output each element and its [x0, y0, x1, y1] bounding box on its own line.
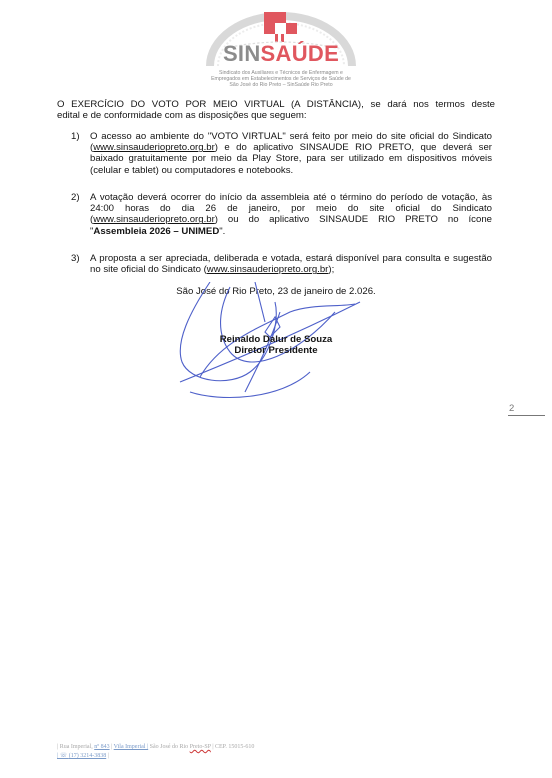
site-link[interactable]: www.sinsauderiopreto.org.br — [93, 214, 215, 225]
list-item: 3) A proposta a ser apreciada, deliberad… — [71, 253, 492, 275]
logo-subtitle: Sindicato dos Auxiliares e Técnicos de E… — [186, 70, 376, 89]
intro-paragraph: O EXERCÍCIO DO VOTO POR MEIO VIRTUAL (A … — [57, 99, 495, 121]
site-link[interactable]: www.sinsauderiopreto.org.br — [207, 264, 329, 275]
page-number-rule — [508, 415, 545, 416]
signatory-name: Reinaldo Dalur de Souza — [0, 334, 552, 345]
signatory-role: Diretor Presidente — [0, 345, 552, 356]
logo-wordmark: SINSAÚDE — [196, 42, 366, 66]
document-page: SINSAÚDE Sindicato dos Auxiliares e Técn… — [0, 0, 552, 778]
list-item: 2) A votação deverá ocorrer do início da… — [71, 192, 492, 237]
list-item: 1) O acesso ao ambiente do "VOTO VIRTUAL… — [71, 131, 492, 176]
footer-address: | Rua Imperial, nº 843 | Vila Imperial |… — [57, 743, 327, 761]
page-number: 2 — [509, 403, 514, 414]
site-link[interactable]: www.sinsauderiopreto.org.br — [93, 142, 215, 153]
sinsaude-logo: SINSAÚDE Sindicato dos Auxiliares e Técn… — [196, 8, 366, 90]
